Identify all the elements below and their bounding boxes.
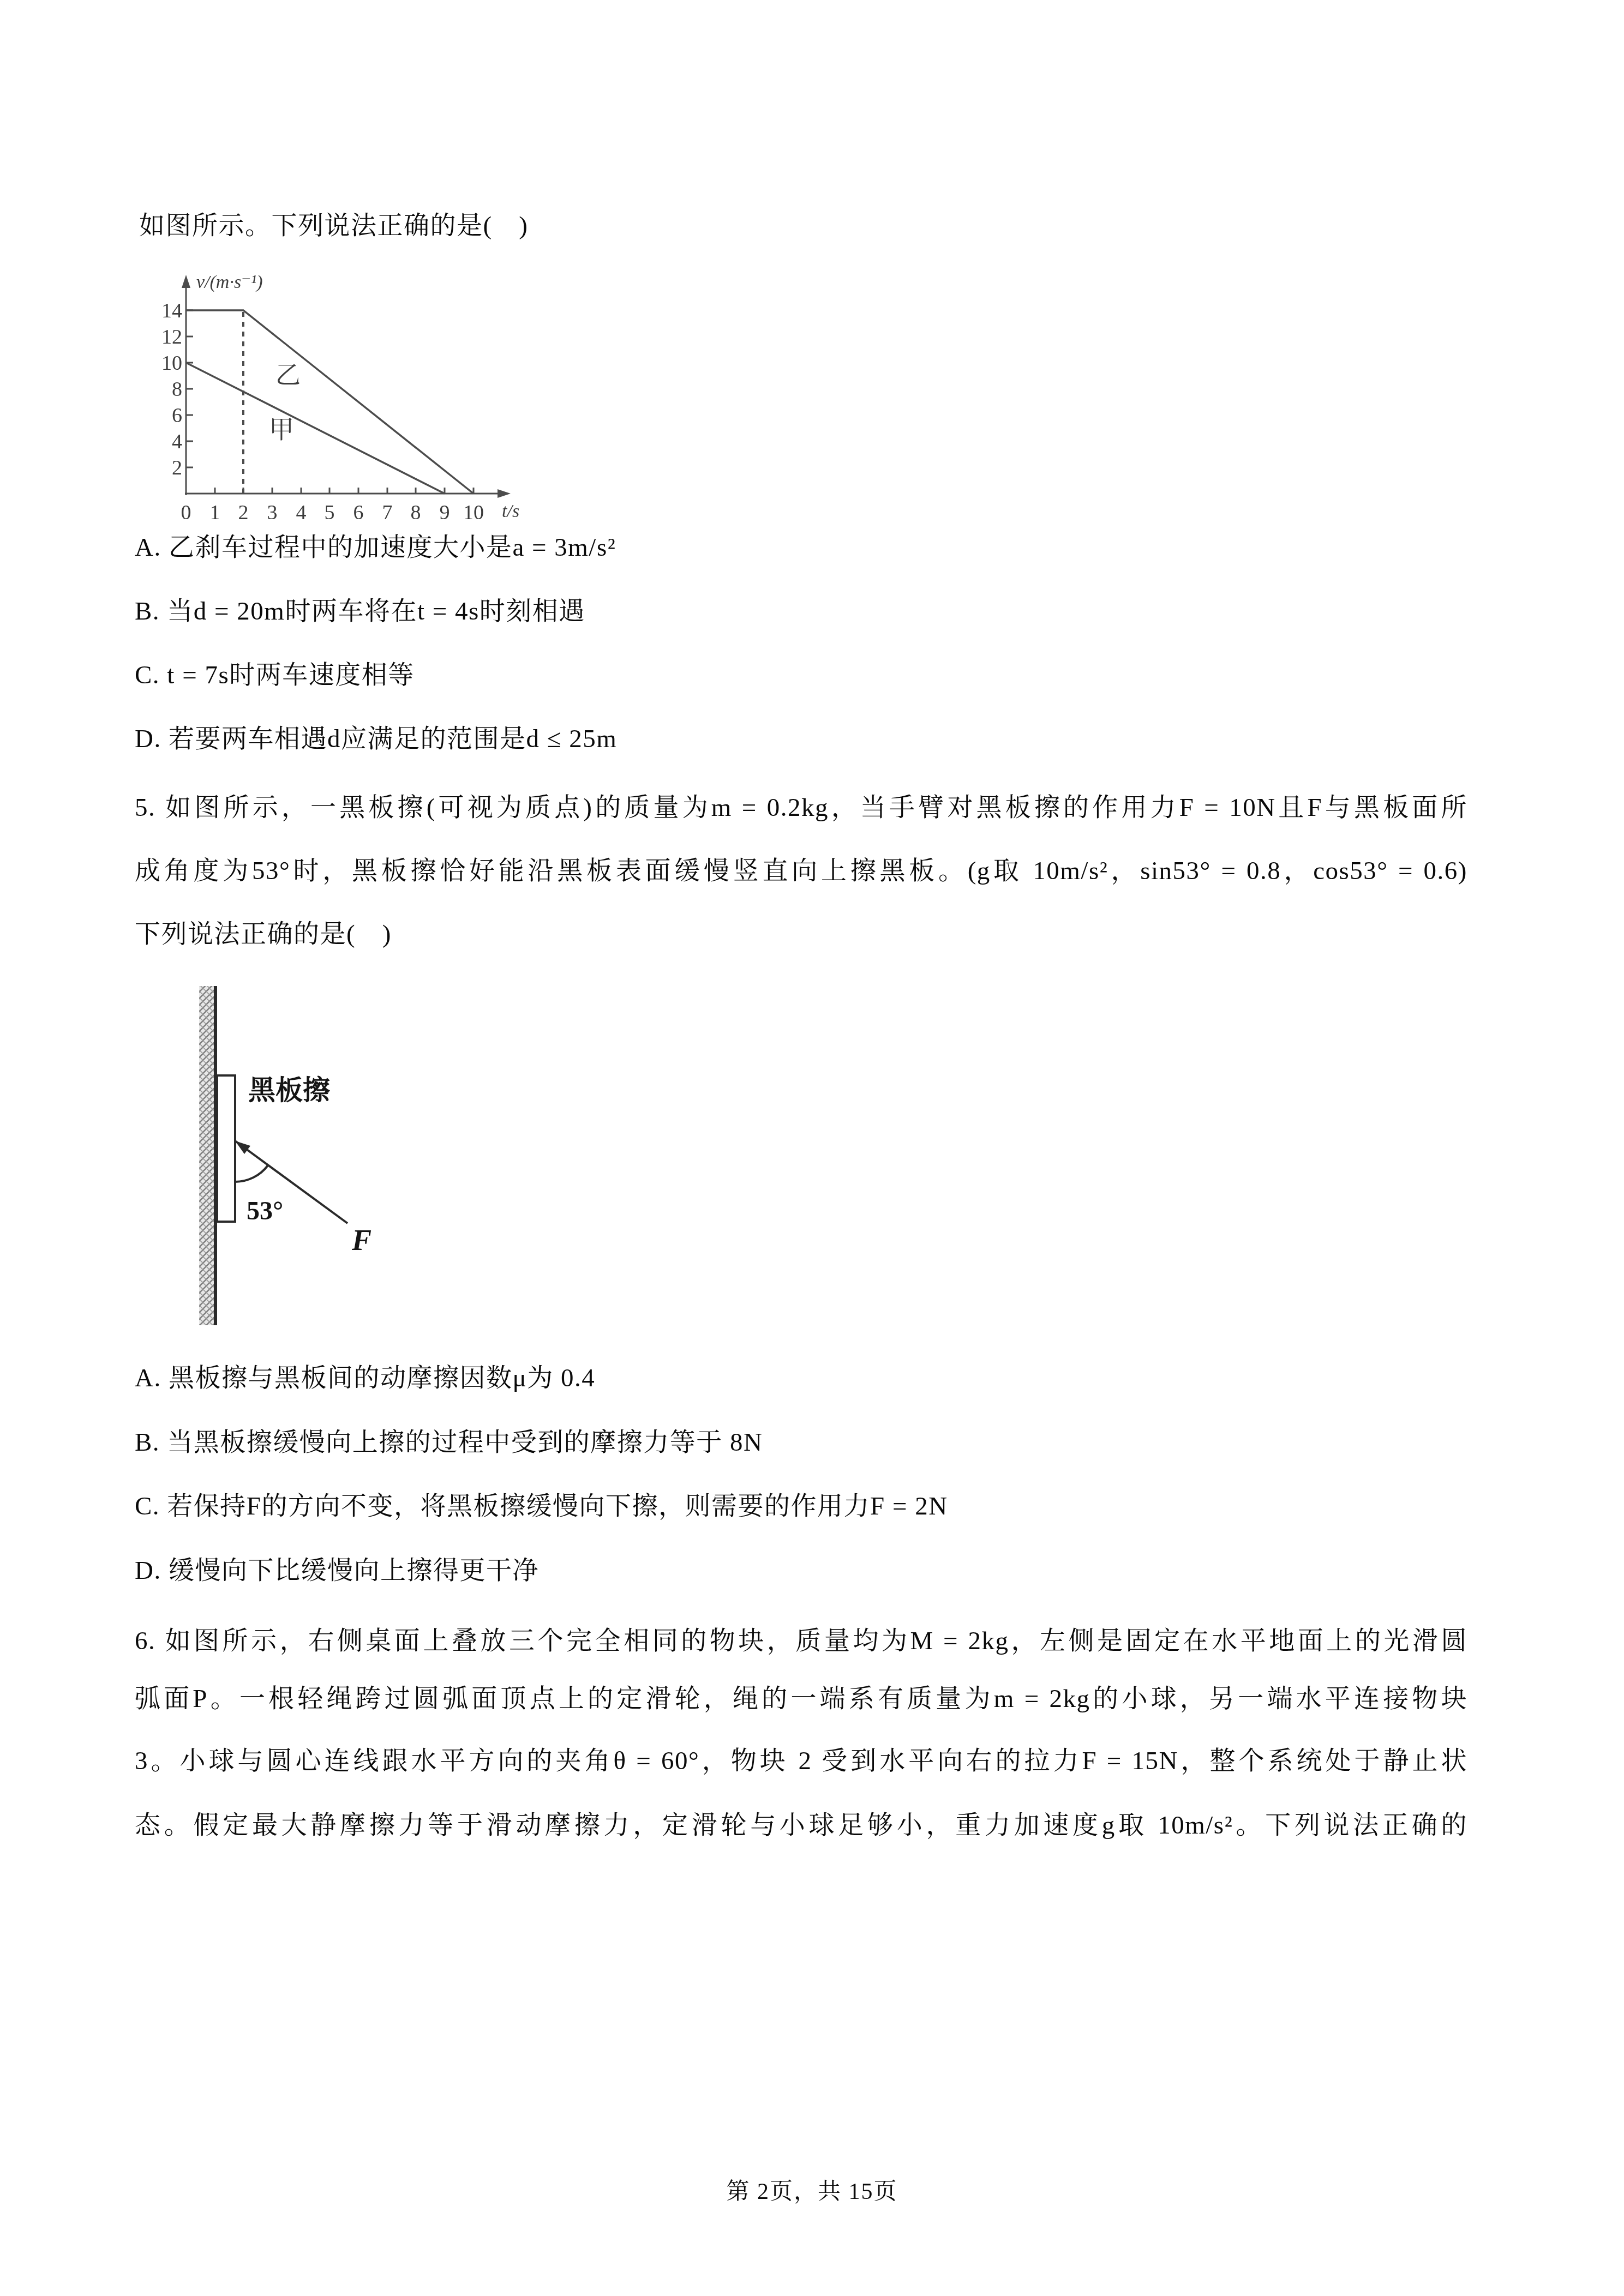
svg-text:2: 2 (238, 501, 249, 524)
svg-text:2: 2 (172, 456, 182, 479)
eraser-figure: 黑板擦 53° F (185, 976, 404, 1336)
q4-option-b: B. 当d = 20m时两车将在t = 4s时刻相遇 (135, 596, 585, 628)
svg-text:10: 10 (463, 501, 484, 524)
eraser-label: 黑板擦 (248, 1075, 330, 1105)
q6-text-line-4: 态。假定最大静摩擦力等于滑动摩擦力，定滑轮与小球足够小，重力加速度g取 10m/… (135, 1810, 1467, 1842)
q6-text-line-1: 6. 如图所示，右侧桌面上叠放三个完全相同的物块，质量均为M = 2kg，左侧是… (135, 1625, 1467, 1657)
q5-text-line-3: 下列说法正确的是( ) (135, 918, 392, 951)
q6-text-line-3: 3。小球与圆心连线跟水平方向的夹角θ = 60°，物块 2 受到水平向右的拉力F… (135, 1745, 1467, 1777)
force-arrowhead (235, 1141, 250, 1154)
angle-label: 53° (247, 1197, 283, 1225)
q5-option-a: A. 黑板擦与黑板间的动摩擦因数μ为 0.4 (135, 1362, 595, 1395)
x-axis-label: t/s (502, 501, 519, 521)
svg-text:9: 9 (440, 501, 450, 524)
q4-option-c: C. t = 7s时两车速度相等 (135, 659, 415, 692)
svg-text:5: 5 (325, 501, 335, 524)
q4-option-a: A. 乙刹车过程中的加速度大小是a = 3m/s² (135, 532, 616, 564)
svg-text:6: 6 (172, 404, 182, 427)
page-number: 第 2页，共 15页 (0, 2173, 1624, 2206)
svg-text:7: 7 (382, 501, 393, 524)
series-yi-label: 乙 (275, 361, 301, 389)
q4-option-d: D. 若要两车相遇d应满足的范围是d ≤ 25m (135, 723, 617, 755)
y-axis-label: v/(m·s⁻¹) (196, 272, 263, 292)
svg-text:14: 14 (161, 299, 182, 322)
q5-option-c: C. 若保持F的方向不变，将黑板擦缓慢向下擦，则需要的作用力F = 2N (135, 1490, 948, 1523)
blackboard-wall (199, 986, 214, 1325)
q5-option-d: D. 缓慢向下比缓慢向上擦得更干净 (135, 1555, 539, 1587)
svg-text:12: 12 (161, 326, 182, 348)
q5-text-line-1: 5. 如图所示，一黑板擦(可视为质点)的质量为m = 0.2kg，当手臂对黑板擦… (135, 792, 1467, 824)
q6-text-line-2: 弧面P。一根轻绳跨过圆弧面顶点上的定滑轮，绳的一端系有质量为m = 2kg的小球… (135, 1683, 1467, 1715)
svg-text:4: 4 (172, 430, 182, 453)
velocity-time-graph: v/(m·s⁻¹) t/s 14 12 10 8 6 4 2 0 1 2 3 4… (153, 256, 535, 534)
q4-intro-text: 如图所示。下列说法正确的是( ) (139, 210, 528, 242)
series-jia-line (186, 363, 445, 494)
series-yi-line (186, 310, 474, 494)
angle-arc (235, 1165, 268, 1182)
eraser-rect (217, 1075, 235, 1222)
svg-text:1: 1 (210, 501, 220, 524)
x-axis-arrow (498, 489, 511, 498)
series-jia-label: 甲 (269, 416, 294, 443)
svg-text:0: 0 (181, 501, 191, 524)
svg-text:8: 8 (411, 501, 421, 524)
svg-text:4: 4 (296, 501, 307, 524)
y-tick-marks (186, 310, 193, 467)
y-tick-labels: 14 12 10 8 6 4 2 (161, 299, 182, 479)
q5-text-line-2: 成角度为53°时，黑板擦恰好能沿黑板表面缓慢竖直向上擦黑板。(g取 10m/s²… (135, 855, 1467, 887)
x-tick-labels: 0 1 2 3 4 5 6 7 8 9 10 (181, 501, 484, 524)
svg-text:8: 8 (172, 378, 182, 401)
svg-text:3: 3 (267, 501, 278, 524)
svg-text:6: 6 (353, 501, 364, 524)
exam-page: 如图所示。下列说法正确的是( ) (0, 0, 1624, 2296)
y-axis-arrow (182, 275, 190, 288)
q5-option-b: B. 当黑板擦缓慢向上擦的过程中受到的摩擦力等于 8N (135, 1427, 763, 1459)
force-label: F (351, 1224, 371, 1257)
svg-text:10: 10 (161, 352, 182, 375)
